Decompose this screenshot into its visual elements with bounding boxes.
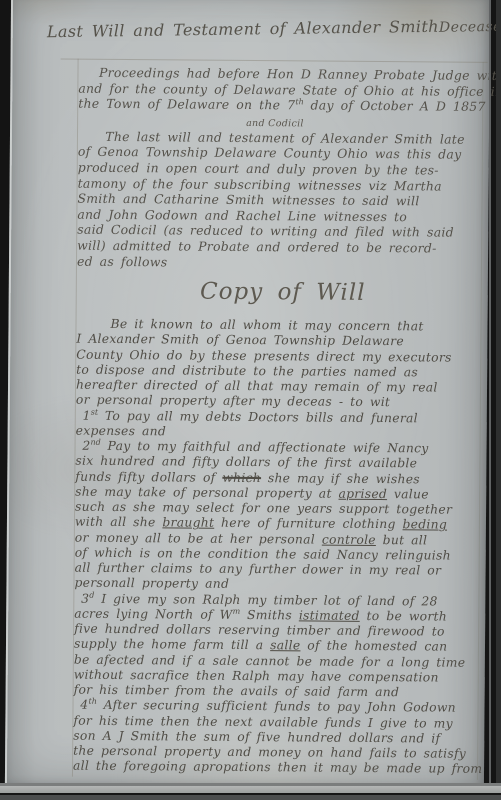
manuscript-line: all the foregoing apropations then it ma… bbox=[73, 759, 485, 777]
interline-insertion: and Codicil bbox=[246, 118, 304, 129]
book-right-edge bbox=[496, 0, 501, 783]
manuscript-page: Last Will and Testament of Alexander Smi… bbox=[5, 0, 490, 788]
manuscript-line: the Town of Delaware on the 7th day of O… bbox=[78, 96, 490, 115]
document-title: Last Will and Testament of Alexander Smi… bbox=[47, 17, 439, 41]
will-heading: Copy of Will bbox=[77, 274, 489, 313]
page-annotation: Deceased 3 of 3 bbox=[439, 18, 501, 36]
photo-background: { "palette": { "background": "#141414", … bbox=[0, 0, 501, 800]
proceedings-paragraph: Proceedings had before Hon D Ranney Prob… bbox=[78, 65, 490, 115]
book-right-edge-line bbox=[489, 0, 491, 783]
manuscript-body: Proceedings had before Hon D Ranney Prob… bbox=[73, 65, 491, 778]
book-page-stack-edge bbox=[0, 786, 501, 793]
manuscript-line: ed as follows bbox=[77, 253, 489, 272]
will-paragraph: Be it known to all whom it may concern t… bbox=[73, 317, 489, 778]
document-title-row: Last Will and Testament of Alexander Smi… bbox=[47, 16, 488, 41]
probate-lines: The last will and testament of Alexander… bbox=[77, 128, 490, 272]
ruled-line-top bbox=[61, 59, 488, 63]
probate-paragraph: and Codicil The last will and testament … bbox=[77, 128, 490, 272]
table-surface bbox=[0, 795, 501, 800]
